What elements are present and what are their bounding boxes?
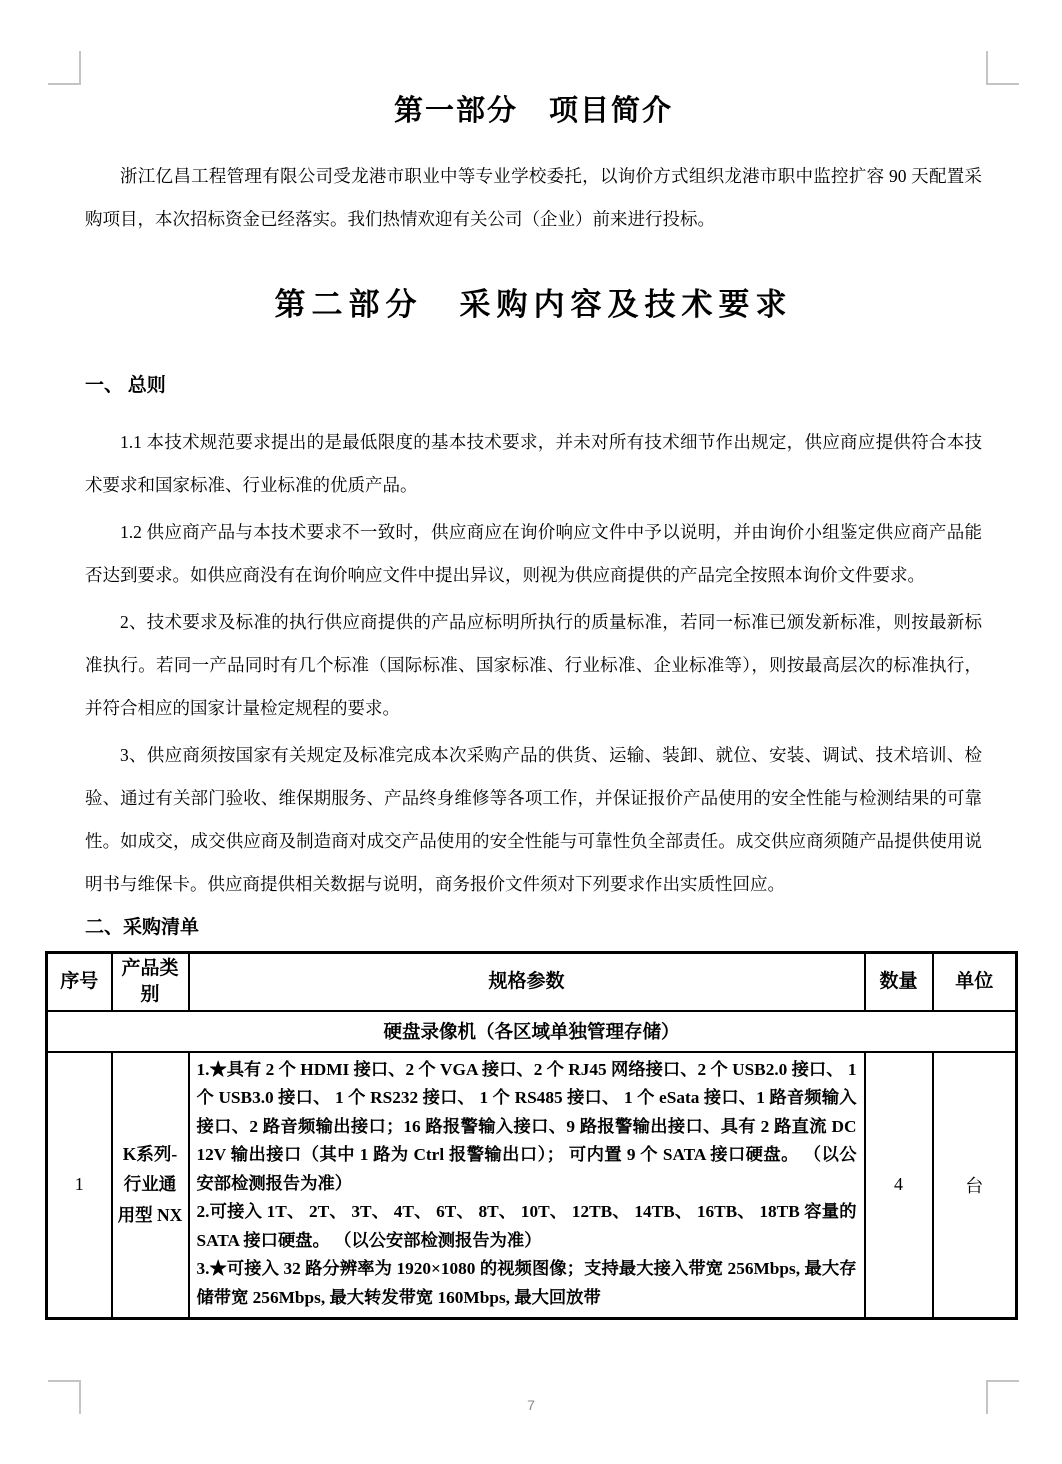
product-category-cell: K系列-行业通用型 NX (112, 1052, 189, 1319)
section-heading-general: 一、 总则 (85, 370, 982, 397)
page-content: 第一部分 项目简介 浙江亿昌工程管理有限公司受龙港市职业中等专业学校委托，以询价… (0, 0, 1062, 1320)
table-header-row: 序号 产品类别 规格参数 数量 单位 (47, 953, 1017, 1011)
paragraph-2: 2、技术要求及标准的执行供应商提供的产品应标明所执行的质量标准，若同一标准已颁发… (85, 601, 982, 730)
column-header-spec: 规格参数 (189, 953, 865, 1011)
row-number-cell: 1 (47, 1052, 112, 1319)
procurement-table: 序号 产品类别 规格参数 数量 单位 硬盘录像机（各区域单独管理存储） 1 K系… (45, 951, 1018, 1320)
unit-cell: 台 (933, 1052, 1017, 1319)
paragraph-1-1: 1.1 本技术规范要求提出的是最低限度的基本技术要求，并未对所有技术细节作出规定… (85, 421, 982, 507)
part1-intro-paragraph: 浙江亿昌工程管理有限公司受龙港市职业中等专业学校委托，以询价方式组织龙港市职中监… (85, 155, 982, 241)
quantity-cell: 4 (865, 1052, 933, 1319)
part1-title: 第一部分 项目简介 (85, 88, 982, 129)
crop-mark-top-right (986, 51, 1019, 85)
group-header-dvr: 硬盘录像机（各区域单独管理存储） (47, 1011, 1017, 1052)
table-group-row: 硬盘录像机（各区域单独管理存储） (47, 1011, 1017, 1052)
paragraph-3: 3、供应商须按国家有关规定及标准完成本次采购产品的供货、运输、装卸、就位、安装、… (85, 734, 982, 906)
paragraph-1-2: 1.2 供应商产品与本技术要求不一致时，供应商应在询价响应文件中予以说明，并由询… (85, 511, 982, 597)
crop-mark-top-left (48, 51, 81, 85)
section-heading-procurement-list: 二、采购清单 (85, 912, 982, 939)
column-header-unit: 单位 (933, 953, 1017, 1011)
document-page: 第一部分 项目简介 浙江亿昌工程管理有限公司受龙港市职业中等专业学校委托，以询价… (0, 0, 1062, 1464)
page-number: 7 (0, 1397, 1062, 1413)
general-paragraphs: 1.1 本技术规范要求提出的是最低限度的基本技术要求，并未对所有技术细节作出规定… (85, 421, 982, 906)
column-header-qty: 数量 (865, 953, 933, 1011)
column-header-no: 序号 (47, 953, 112, 1011)
column-header-category: 产品类别 (112, 953, 189, 1011)
part2-title: 第二部分 采购内容及技术要求 (85, 279, 982, 324)
spec-parameters-cell: 1.★具有 2 个 HDMI 接口、2 个 VGA 接口、2 个 RJ45 网络… (189, 1052, 865, 1319)
table-row: 1 K系列-行业通用型 NX 1.★具有 2 个 HDMI 接口、2 个 VGA… (47, 1052, 1017, 1319)
